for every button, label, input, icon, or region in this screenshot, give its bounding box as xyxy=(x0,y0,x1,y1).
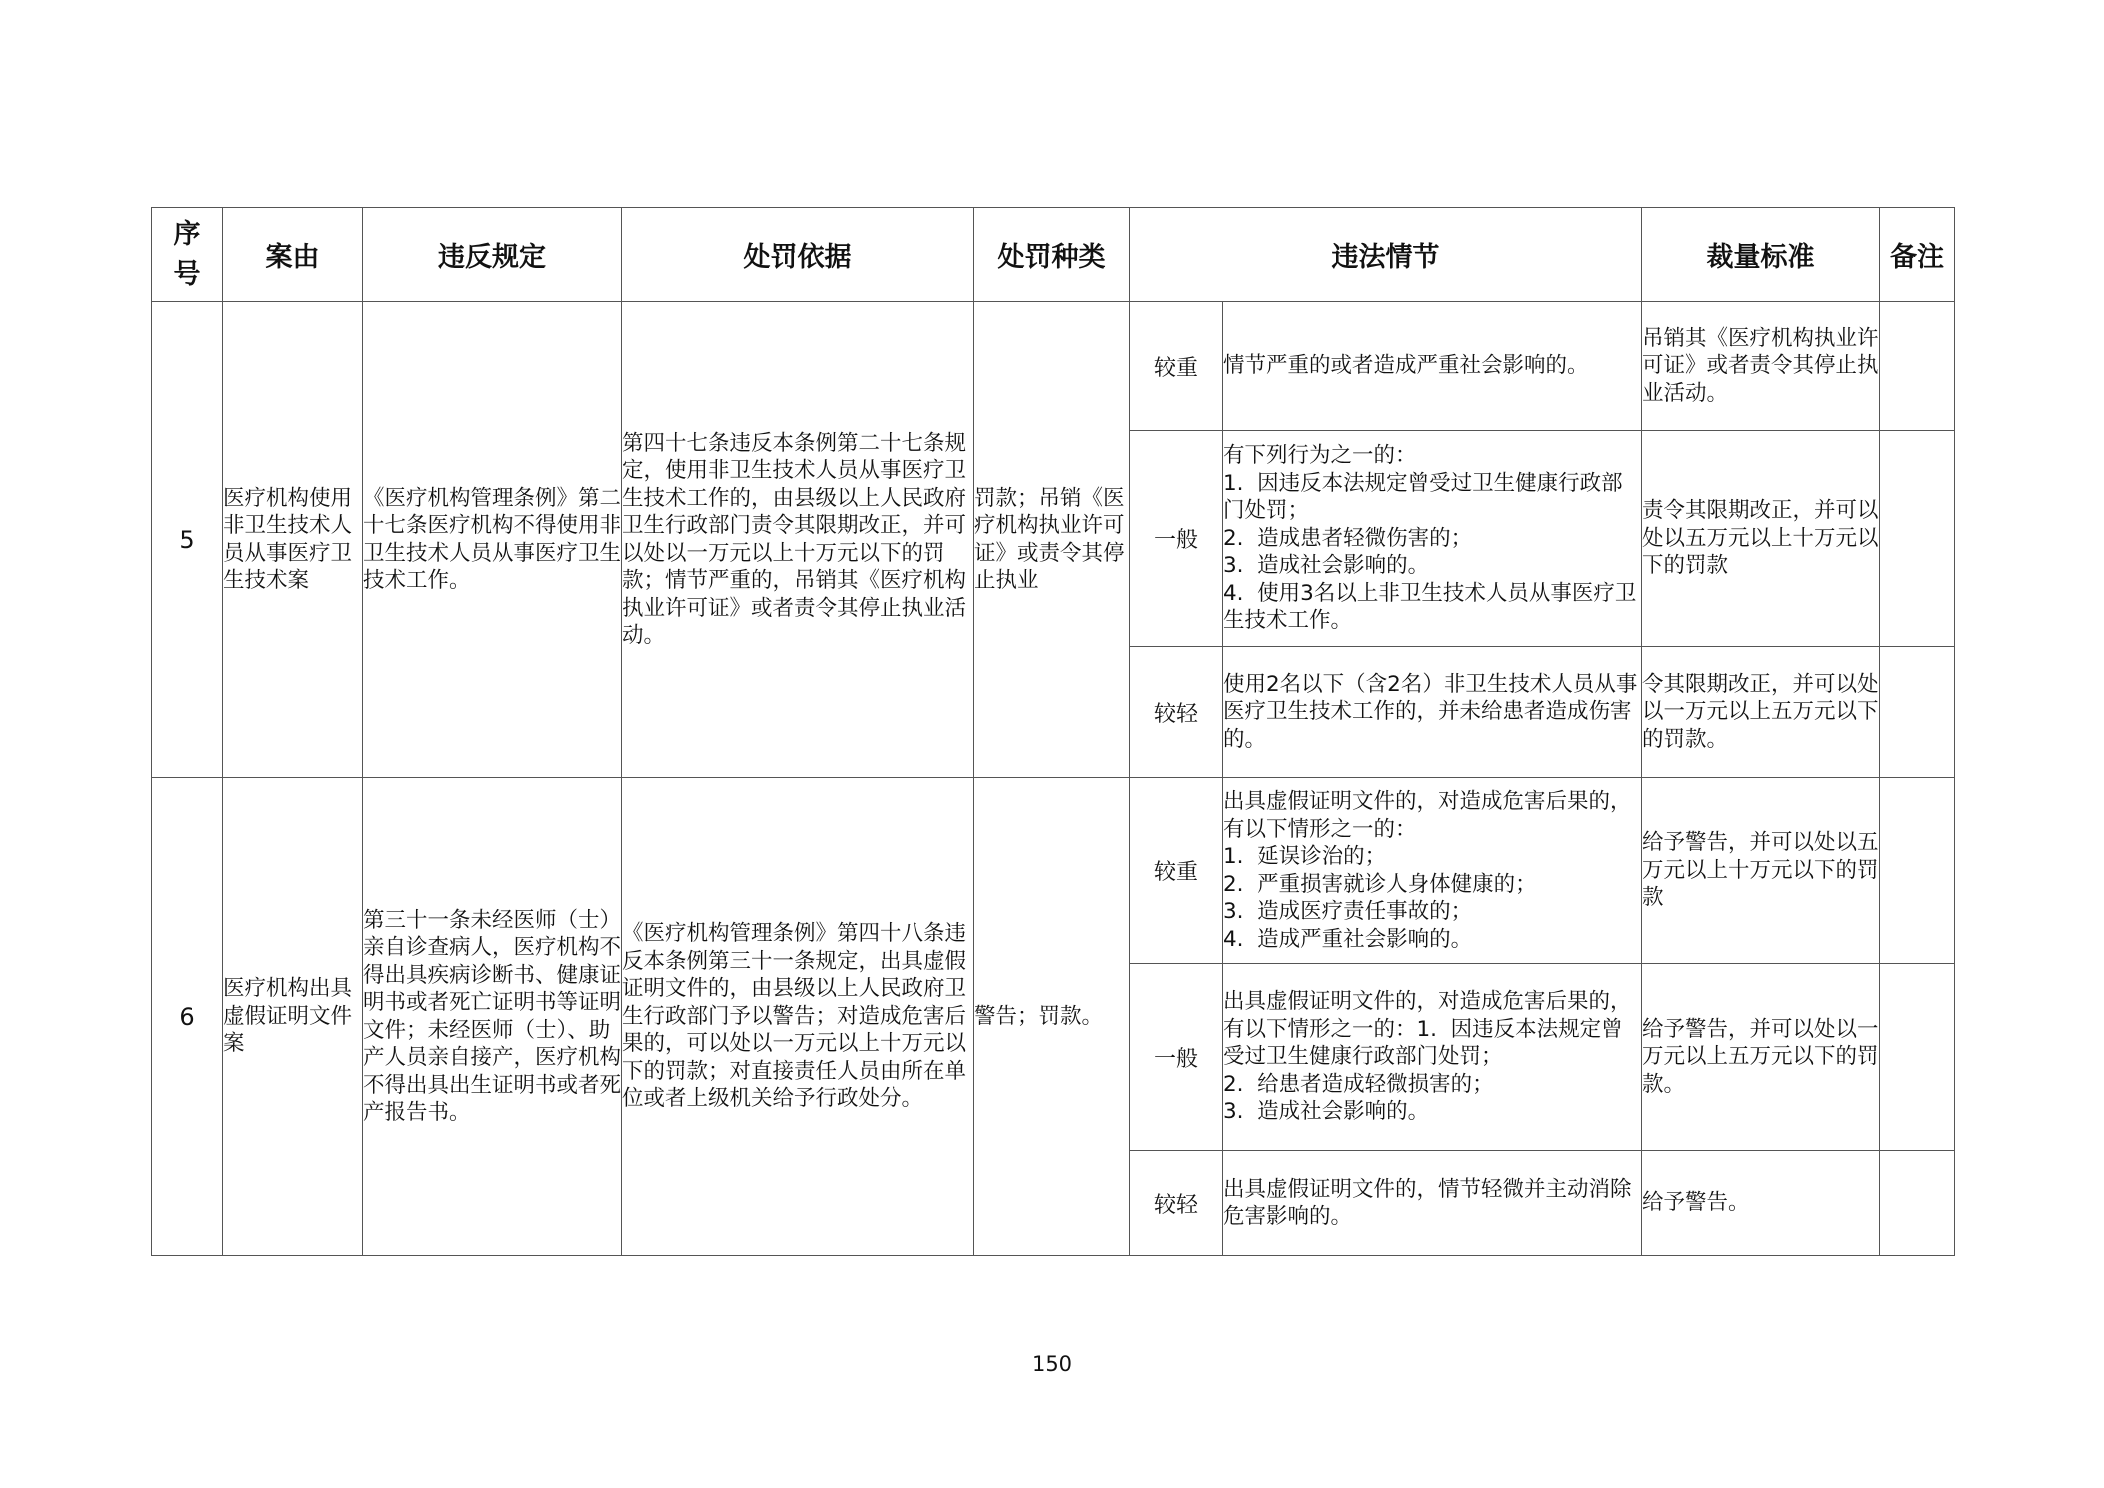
cell-standard: 吊销其《医疗机构执业许可证》或者责令其停止执业活动。 xyxy=(1642,302,1880,431)
cell-penalty-basis: 《医疗机构管理条例》第四十八条违反本条例第三十一条规定，出具虚假证明文件的，由县… xyxy=(622,778,974,1256)
cell-remarks xyxy=(1880,964,1955,1151)
cell-remarks xyxy=(1880,778,1955,964)
page-number: 150 xyxy=(0,1352,2104,1376)
table-row: 6 医疗机构出具虚假证明文件案 第三十一条未经医师（士）亲自诊查病人，医疗机构不… xyxy=(152,778,1955,964)
cell-circumstance: 情节严重的或者造成严重社会影响的。 xyxy=(1223,302,1642,431)
cell-standard: 给予警告，并可以处以五万元以上十万元以下的罚款 xyxy=(1642,778,1880,964)
table-row: 5 医疗机构使用非卫生技术人员从事医疗卫生技术案 《医疗机构管理条例》第二十七条… xyxy=(152,302,1955,431)
cell-circumstance: 出具虚假证明文件的，情节轻微并主动消除危害影响的。 xyxy=(1223,1151,1642,1256)
header-discretion-standard: 裁量标准 xyxy=(1642,208,1880,302)
cell-level: 较重 xyxy=(1130,778,1223,964)
header-seq: 序号 xyxy=(152,208,223,302)
cell-remarks xyxy=(1880,431,1955,647)
header-remarks: 备注 xyxy=(1880,208,1955,302)
header-penalty-basis: 处罚依据 xyxy=(622,208,974,302)
cell-case: 医疗机构使用非卫生技术人员从事医疗卫生技术案 xyxy=(223,302,363,778)
cell-level: 一般 xyxy=(1130,431,1223,647)
cell-standard: 给予警告。 xyxy=(1642,1151,1880,1256)
cell-level: 较轻 xyxy=(1130,647,1223,778)
cell-level: 较重 xyxy=(1130,302,1223,431)
cell-standard: 给予警告，并可以处以一万元以上五万元以下的罚款。 xyxy=(1642,964,1880,1151)
cell-seq: 5 xyxy=(152,302,223,778)
cell-penalty-type: 罚款；吊销《医疗机构执业许可证》或责令其停止执业 xyxy=(974,302,1130,778)
cell-remarks xyxy=(1880,1151,1955,1256)
cell-level: 较轻 xyxy=(1130,1151,1223,1256)
cell-circumstance: 使用2名以下（含2名）非卫生技术人员从事医疗卫生技术工作的，并未给患者造成伤害的… xyxy=(1223,647,1642,778)
cell-circumstance: 出具虚假证明文件的，对造成危害后果的，有以下情形之一的： 1. 延误诊治的； 2… xyxy=(1223,778,1642,964)
cell-circumstance: 有下列行为之一的： 1. 因违反本法规定曾受过卫生健康行政部门处罚； 2. 造成… xyxy=(1223,431,1642,647)
header-penalty-type: 处罚种类 xyxy=(974,208,1130,302)
header-circumstances: 违法情节 xyxy=(1130,208,1642,302)
header-violated-rule: 违反规定 xyxy=(363,208,622,302)
cell-remarks xyxy=(1880,647,1955,778)
cell-penalty-type: 警告；罚款。 xyxy=(974,778,1130,1256)
cell-level: 一般 xyxy=(1130,964,1223,1151)
cell-seq: 6 xyxy=(152,778,223,1256)
cell-case: 医疗机构出具虚假证明文件案 xyxy=(223,778,363,1256)
cell-circumstance: 出具虚假证明文件的，对造成危害后果的，有以下情形之一的：1. 因违反本法规定曾受… xyxy=(1223,964,1642,1151)
penalty-discretion-table: 序号 案由 违反规定 处罚依据 处罚种类 违法情节 裁量标准 备注 5 医疗机构… xyxy=(151,207,1955,1256)
cell-penalty-basis: 第四十七条违反本条例第二十七条规定，使用非卫生技术人员从事医疗卫生技术工作的，由… xyxy=(622,302,974,778)
cell-violated-rule: 《医疗机构管理条例》第二十七条医疗机构不得使用非卫生技术人员从事医疗卫生技术工作… xyxy=(363,302,622,778)
header-case: 案由 xyxy=(223,208,363,302)
cell-remarks xyxy=(1880,302,1955,431)
header-seq-label: 序号 xyxy=(172,215,202,295)
cell-violated-rule: 第三十一条未经医师（士）亲自诊查病人，医疗机构不得出具疾病诊断书、健康证明书或者… xyxy=(363,778,622,1256)
cell-standard: 责令其限期改正，并可以处以五万元以上十万元以下的罚款 xyxy=(1642,431,1880,647)
header-row: 序号 案由 违反规定 处罚依据 处罚种类 违法情节 裁量标准 备注 xyxy=(152,208,1955,302)
cell-standard: 令其限期改正，并可以处以一万元以上五万元以下的罚款。 xyxy=(1642,647,1880,778)
